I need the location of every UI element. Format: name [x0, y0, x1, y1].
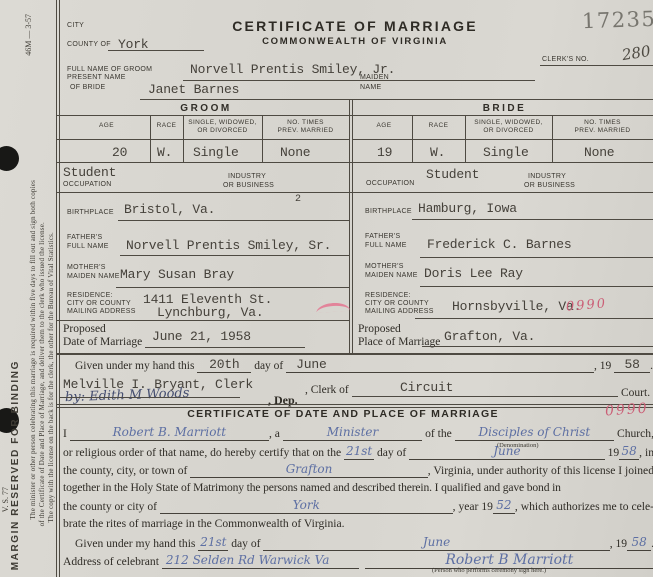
ceremony-i: I: [63, 427, 70, 441]
groom-name-line: [183, 80, 535, 81]
present-name-label-1: PRESENT NAME: [67, 74, 126, 82]
groom-col-line-1: [150, 115, 151, 163]
bride-mother-value: Doris Lee Ray: [424, 267, 523, 281]
table-header-top-line: [56, 115, 653, 116]
groom-prev-header-1: NO. TIMES: [262, 119, 349, 126]
ceremony-of-the: of the: [422, 427, 455, 441]
given-month: June: [423, 535, 450, 549]
bond-year: 52: [496, 498, 511, 512]
groom-status-value: Single: [193, 146, 239, 160]
bride-status-header-2: OR DIVORCED: [465, 127, 552, 134]
ceremony-line5-year: , year 19: [453, 500, 493, 514]
bride-industry-label-2: OR BUSINESS: [524, 182, 575, 190]
groom-status-header-1: SINGLE, WIDOWED,: [183, 119, 262, 126]
bride-col-line-2: [465, 115, 466, 163]
groom-col-line-2: [183, 115, 184, 163]
bride-birthplace-value: Hamburg, Iowa: [418, 202, 517, 216]
bride-mother-line: [420, 286, 653, 287]
ceremony-line2-day-of: day of: [374, 446, 409, 460]
margin-binding-title: MARGIN RESERVED FOR BINDING: [11, 360, 21, 570]
given-month-blank: June: [263, 536, 609, 551]
form-edition-code: 46M — 3-57: [25, 14, 33, 56]
bride-race-value: W.: [430, 146, 445, 160]
ceremony-month: June: [493, 444, 520, 458]
bride-prev-header-1: NO. TIMES: [552, 119, 653, 126]
celebrant-address-label: Address of celebrant: [63, 555, 162, 569]
ceremony-line7-text: Given under my hand this: [75, 537, 198, 551]
groom-name-label: FULL NAME OF GROOM: [67, 66, 152, 74]
groom-col-line-3: [262, 115, 263, 163]
proposed-date-label-1: Proposed: [63, 323, 106, 337]
maiden-name-label-1: MAIDEN: [360, 74, 389, 82]
bride-residence-line: [415, 318, 653, 319]
bride-status-value: Single: [483, 146, 529, 160]
court-suffix-label: Court.: [621, 387, 650, 401]
present-name-label-2: OF BRIDE: [70, 84, 105, 92]
proposed-row-bottom-line: [56, 353, 653, 355]
license-given-line: Given under my hand this 20th day of Jun…: [75, 358, 653, 373]
court-name-value: Circuit: [400, 381, 453, 395]
bride-residence-value: Hornsbyville, Va.: [452, 300, 581, 314]
celebrant-name: Robert B. Marriott: [113, 425, 226, 439]
celebrant-name-blank: Robert B. Marriott: [70, 426, 269, 441]
ceremony-line-1: I Robert B. Marriott, a Minister of the …: [63, 426, 653, 441]
ceremony-line3-text: the county, city, or town of: [63, 464, 190, 478]
groom-father-value: Norvell Prentis Smiley, Sr.: [126, 239, 331, 253]
ceremony-year-blank: 58: [619, 445, 639, 460]
groom-birthplace-value: Bristol, Va.: [124, 203, 215, 217]
given-year: 58: [631, 535, 646, 549]
ceremony-year: 58: [622, 444, 637, 458]
ceremony-line6-text: brate the rites of marriage in the Commo…: [63, 517, 345, 531]
proposed-date-label-2: Date of Marriage: [63, 336, 142, 350]
groom-mother-label-1: MOTHER'S: [67, 264, 106, 272]
celebrant-address-blank: 212 Selden Rd Warwick Va: [162, 554, 359, 569]
bride-father-label-2: FULL NAME: [365, 242, 407, 250]
bride-residence-label-1: RESIDENCE:: [365, 292, 411, 300]
ceremony-line3-suffix: , Virginia, under authority of this lice…: [428, 464, 653, 478]
celebrant-signature: Robert B Marriott: [445, 552, 573, 568]
ceremony-line2-text: or religious order of that name, do here…: [63, 446, 344, 460]
ceremony-month-blank: June: [409, 445, 605, 460]
groom-age-value: 20: [112, 146, 127, 160]
deputy-clerk-signature: by: Edith M Woods: [65, 387, 190, 404]
groom-section-title: GROOM: [63, 104, 349, 114]
groom-occupation-label: OCCUPATION: [63, 181, 112, 189]
groom-occupation-value: Student: [63, 166, 116, 180]
ceremony-line-2: or religious order of that name, do here…: [63, 445, 653, 460]
bride-occupation-value: Student: [426, 168, 479, 182]
license-year-value: 58: [625, 357, 640, 372]
ceremony-line5-suffix: , which authorizes me to cele-: [515, 500, 653, 514]
ceremony-day: 21st: [346, 444, 372, 458]
ceremony-a: , a: [269, 427, 283, 441]
maiden-name-label-2: NAME: [360, 84, 381, 92]
clerks-no-line: [540, 65, 653, 66]
bride-name-line: [140, 99, 653, 100]
bride-father-value: Frederick C. Barnes: [427, 238, 571, 252]
groom-father-line: [120, 255, 349, 256]
groom-mother-line: [116, 287, 349, 288]
groom-residence-label-2: CITY OR COUNTY: [67, 300, 131, 308]
sign-here-note: (Person who performs ceremony sign here.…: [432, 568, 546, 575]
bride-name-value: Janet Barnes: [148, 83, 239, 97]
groom-industry-label-1: INDUSTRY: [228, 173, 266, 181]
proposed-place-label-2: Place of Marriage: [358, 336, 440, 350]
groom-prev-header-2: PREV. MARRIED: [262, 127, 349, 134]
margin-note-line1: The minister or other person celebrating…: [30, 180, 38, 519]
certificate-title-block: CERTIFICATE OF MARRIAGE COMMONWEALTH OF …: [100, 18, 610, 48]
margin-note-line2: of the Certificate of Date and Place of …: [39, 222, 47, 526]
binding-border: [56, 0, 60, 577]
ceremony-church: Church,: [614, 427, 653, 441]
given-day-blank: 21st: [198, 536, 228, 551]
form-number: V. S. 77: [2, 487, 10, 512]
groom-birthplace-line: [118, 220, 349, 221]
celebrant-role: Minister: [327, 425, 379, 439]
license-year-blank: 58: [614, 358, 650, 373]
bride-status-header-1: SINGLE, WIDOWED,: [465, 119, 552, 126]
bride-residence-red-code: 0990: [566, 297, 608, 314]
ceremony-line2-in: , in: [639, 446, 653, 460]
groom-residence-label-3: MAILING ADDRESS: [67, 308, 136, 316]
bond-place: York: [293, 498, 320, 512]
license-day-value: 20th: [209, 357, 239, 372]
pink-checkmark: [316, 302, 351, 313]
margin-note-line3: The copy with the license on the back is…: [48, 232, 56, 522]
occupation-row-line: [56, 192, 653, 193]
ceremony-line-4: together in the Holy State of Matrimony …: [63, 481, 653, 495]
clerk-of-label: , Clerk of: [305, 384, 349, 398]
groom-father-label-2: FULL NAME: [67, 243, 109, 251]
city-label: CITY: [67, 22, 84, 30]
celebrant-address-line: Address of celebrant 212 Selden Rd Warwi…: [63, 553, 653, 569]
marriage-certificate-scan: 46M — 3-57 V. S. 77 MARGIN RESERVED FOR …: [0, 0, 653, 577]
ceremony-line2-19: 19: [605, 446, 620, 460]
bride-residence-label-2: CITY OR COUNTY: [365, 300, 429, 308]
clerks-no-label: CLERK'S NO.: [542, 56, 589, 64]
groom-residence-line2: Lynchburg, Va.: [157, 306, 263, 320]
groom-industry-label-2: OR BUSINESS: [223, 182, 274, 190]
ceremony-line4-text: together in the Holy State of Matrimony …: [63, 481, 561, 495]
county-blank-line: [108, 50, 204, 51]
ceremony-section-heading: CERTIFICATE OF DATE AND PLACE OF MARRIAG…: [63, 409, 623, 420]
groom-father-label-1: FATHER'S: [67, 234, 103, 242]
bride-section-title: BRIDE: [356, 104, 653, 114]
groom-header-underline: [56, 139, 349, 140]
license-day-of: day of: [251, 360, 286, 374]
bride-mother-label-2: MAIDEN NAME: [365, 272, 418, 280]
registration-stamp-number: 17235: [582, 9, 653, 33]
page-title: CERTIFICATE OF MARRIAGE: [100, 18, 610, 35]
bride-occupation-label: OCCUPATION: [366, 180, 415, 188]
proposed-date-value: June 21, 1958: [152, 330, 251, 344]
groom-mother-label-2: MAIDEN NAME: [67, 273, 120, 281]
license-month-blank: June: [286, 358, 594, 373]
bride-col-line-1: [412, 115, 413, 163]
license-year-prefix: , 19: [594, 360, 614, 374]
bride-birthplace-line: [412, 219, 653, 220]
groom-mother-value: Mary Susan Bray: [120, 268, 234, 282]
page-subtitle: COMMONWEALTH OF VIRGINIA: [100, 35, 610, 48]
groom-prev-married-value: None: [280, 146, 310, 160]
center-divider: [349, 99, 353, 355]
ceremony-place: Grafton: [286, 462, 333, 476]
bride-industry-label-1: INDUSTRY: [528, 173, 566, 181]
ceremony-place-blank: Grafton: [190, 463, 428, 478]
license-day-blank: 20th: [197, 358, 251, 373]
denomination-value: Disciples of Christ: [479, 425, 591, 439]
groom-residence-label-1: RESIDENCE:: [67, 292, 113, 300]
bond-place-blank: York: [160, 499, 453, 514]
ceremony-line7-19: , 19: [610, 537, 627, 551]
court-blank-line: [352, 396, 618, 397]
celebrant-role-blank: Minister: [283, 426, 422, 441]
ceremony-line-5: the county or city of York, year 1952, w…: [63, 499, 653, 514]
bride-header-underline: [353, 139, 653, 140]
bride-prev-header-2: PREV. MARRIED: [552, 127, 653, 134]
proposed-place-label-1: Proposed: [358, 323, 401, 337]
groom-residence-line: [56, 320, 349, 321]
bride-birthplace-label: BIRTHPLACE: [365, 208, 412, 216]
license-given-text: Given under my hand this: [75, 360, 197, 374]
deputy-signature-line: [60, 397, 240, 398]
bond-year-blank: 52: [493, 499, 515, 514]
bride-prev-married-value: None: [584, 146, 614, 160]
stray-typed-char: 2: [295, 194, 301, 205]
ceremony-line-3: the county, city, or town of Grafton, Vi…: [63, 463, 653, 478]
bride-age-header: AGE: [356, 122, 412, 129]
ceremony-day-blank: 21st: [344, 445, 374, 460]
bride-race-header: RACE: [412, 122, 465, 129]
proposed-date-line: [145, 347, 305, 348]
groom-birthplace-label: BIRTHPLACE: [67, 209, 114, 217]
bride-residence-label-3: MAILING ADDRESS: [365, 308, 434, 316]
ceremony-red-code: 0990: [605, 401, 650, 418]
punch-hole-top: [0, 146, 19, 171]
ceremony-line5-text: the county or city of: [63, 500, 160, 514]
groom-status-header-2: OR DIVORCED: [183, 127, 262, 134]
denomination-blank: Disciples of Christ: [455, 426, 614, 441]
clerks-no-value: 280: [621, 44, 652, 63]
proposed-place-line: [422, 346, 653, 347]
license-month-value: June: [296, 357, 326, 372]
given-year-blank: 58: [627, 536, 651, 551]
ceremony-line-6: brate the rites of marriage in the Commo…: [63, 517, 653, 531]
groom-age-header: AGE: [63, 122, 150, 129]
bride-mother-label-1: MOTHER'S: [365, 263, 404, 271]
bride-father-label-1: FATHER'S: [365, 233, 401, 241]
groom-race-value: W.: [157, 146, 172, 160]
given-day: 21st: [200, 535, 226, 549]
proposed-place-value: Grafton, Va.: [444, 330, 535, 344]
bride-age-value: 19: [377, 146, 392, 160]
bride-col-line-3: [552, 115, 553, 163]
bride-father-line: [420, 257, 653, 258]
ceremony-line7-day-of: day of: [228, 537, 263, 551]
celebrant-address: 212 Selden Rd Warwick Va: [166, 553, 330, 567]
values-row-line: [56, 162, 653, 163]
ceremony-line-7: Given under my hand this 21st day of Jun…: [75, 536, 653, 551]
groom-race-header: RACE: [150, 122, 183, 129]
